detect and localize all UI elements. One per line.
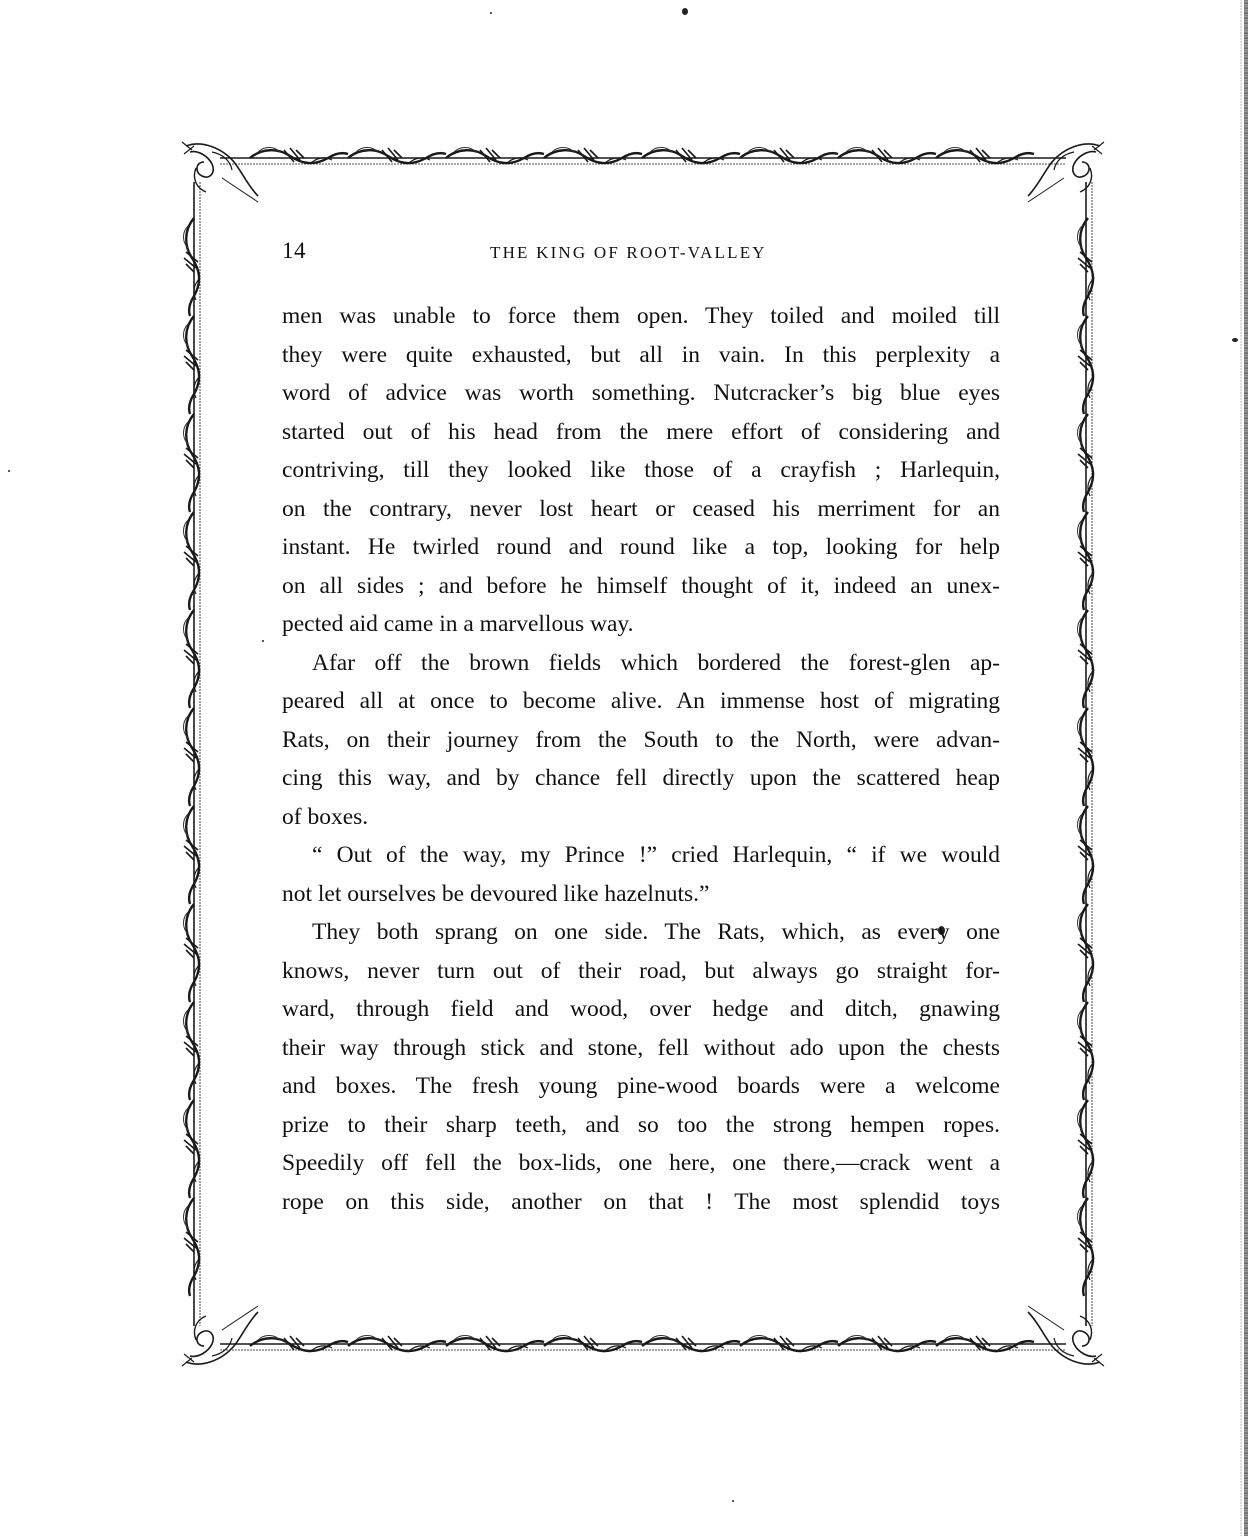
text-line: pected aid came in a marvellous way. xyxy=(282,605,1000,644)
paragraph: They both sprang on one side. The Rats, … xyxy=(282,913,1000,1221)
text-line: peared all at once to become alive. An i… xyxy=(282,682,1000,721)
paragraph: men was unable to force them open. They … xyxy=(282,297,1000,644)
text-line: men was unable to force them open. They … xyxy=(282,297,1000,336)
paragraph: “ Out of the way, my Prince !” cried Har… xyxy=(282,836,1000,913)
text-line: not let ourselves be devoured like hazel… xyxy=(282,875,1000,914)
text-line: they were quite exhausted, but all in va… xyxy=(282,336,1000,375)
text-line: They both sprang on one side. The Rats, … xyxy=(282,913,1000,952)
body-text: men was unable to force them open. They … xyxy=(282,297,1000,1221)
text-line: Speedily off fell the box-lids, one here… xyxy=(282,1144,1000,1183)
text-line: contriving, till they looked like those … xyxy=(282,451,1000,490)
text-line: Afar off the brown fields which bordered… xyxy=(282,644,1000,683)
text-line: “ Out of the way, my Prince !” cried Har… xyxy=(282,836,1000,875)
text-line: started out of his head from the mere ef… xyxy=(282,413,1000,452)
text-line: instant. He twirled round and round like… xyxy=(282,528,1000,567)
text-line: word of advice was worth something. Nutc… xyxy=(282,374,1000,413)
ink-speck xyxy=(490,12,492,14)
text-line: cing this way, and by chance fell direct… xyxy=(282,759,1000,798)
page-number: 14 xyxy=(282,238,306,264)
page-edge xyxy=(1244,0,1248,1536)
text-line: their way through stick and stone, fell … xyxy=(282,1029,1000,1068)
text-line: ward, through field and wood, over hedge… xyxy=(282,990,1000,1029)
text-line: knows, never turn out of their road, but… xyxy=(282,952,1000,991)
ink-speck xyxy=(682,8,688,15)
page-edge-shadow xyxy=(1240,0,1242,1536)
ink-speck xyxy=(1232,338,1238,342)
text-line: Rats, on their journey from the South to… xyxy=(282,721,1000,760)
text-line: and boxes. The fresh young pine-wood boa… xyxy=(282,1067,1000,1106)
running-header: 14 THE KING OF ROOT-VALLEY xyxy=(282,238,1000,272)
paragraph: Afar off the brown fields which bordered… xyxy=(282,644,1000,837)
text-line: rope on this side, another on that ! The… xyxy=(282,1183,1000,1222)
book-page: 14 THE KING OF ROOT-VALLEY men was unabl… xyxy=(0,0,1252,1536)
text-line: on the contrary, never lost heart or cea… xyxy=(282,490,1000,529)
text-line: prize to their sharp teeth, and so too t… xyxy=(282,1106,1000,1145)
text-line: of boxes. xyxy=(282,798,1000,837)
text-line: on all sides ; and before he himself tho… xyxy=(282,567,1000,606)
ink-speck xyxy=(732,1500,734,1502)
ink-speck xyxy=(8,470,10,472)
running-title: THE KING OF ROOT-VALLEY xyxy=(490,243,767,263)
